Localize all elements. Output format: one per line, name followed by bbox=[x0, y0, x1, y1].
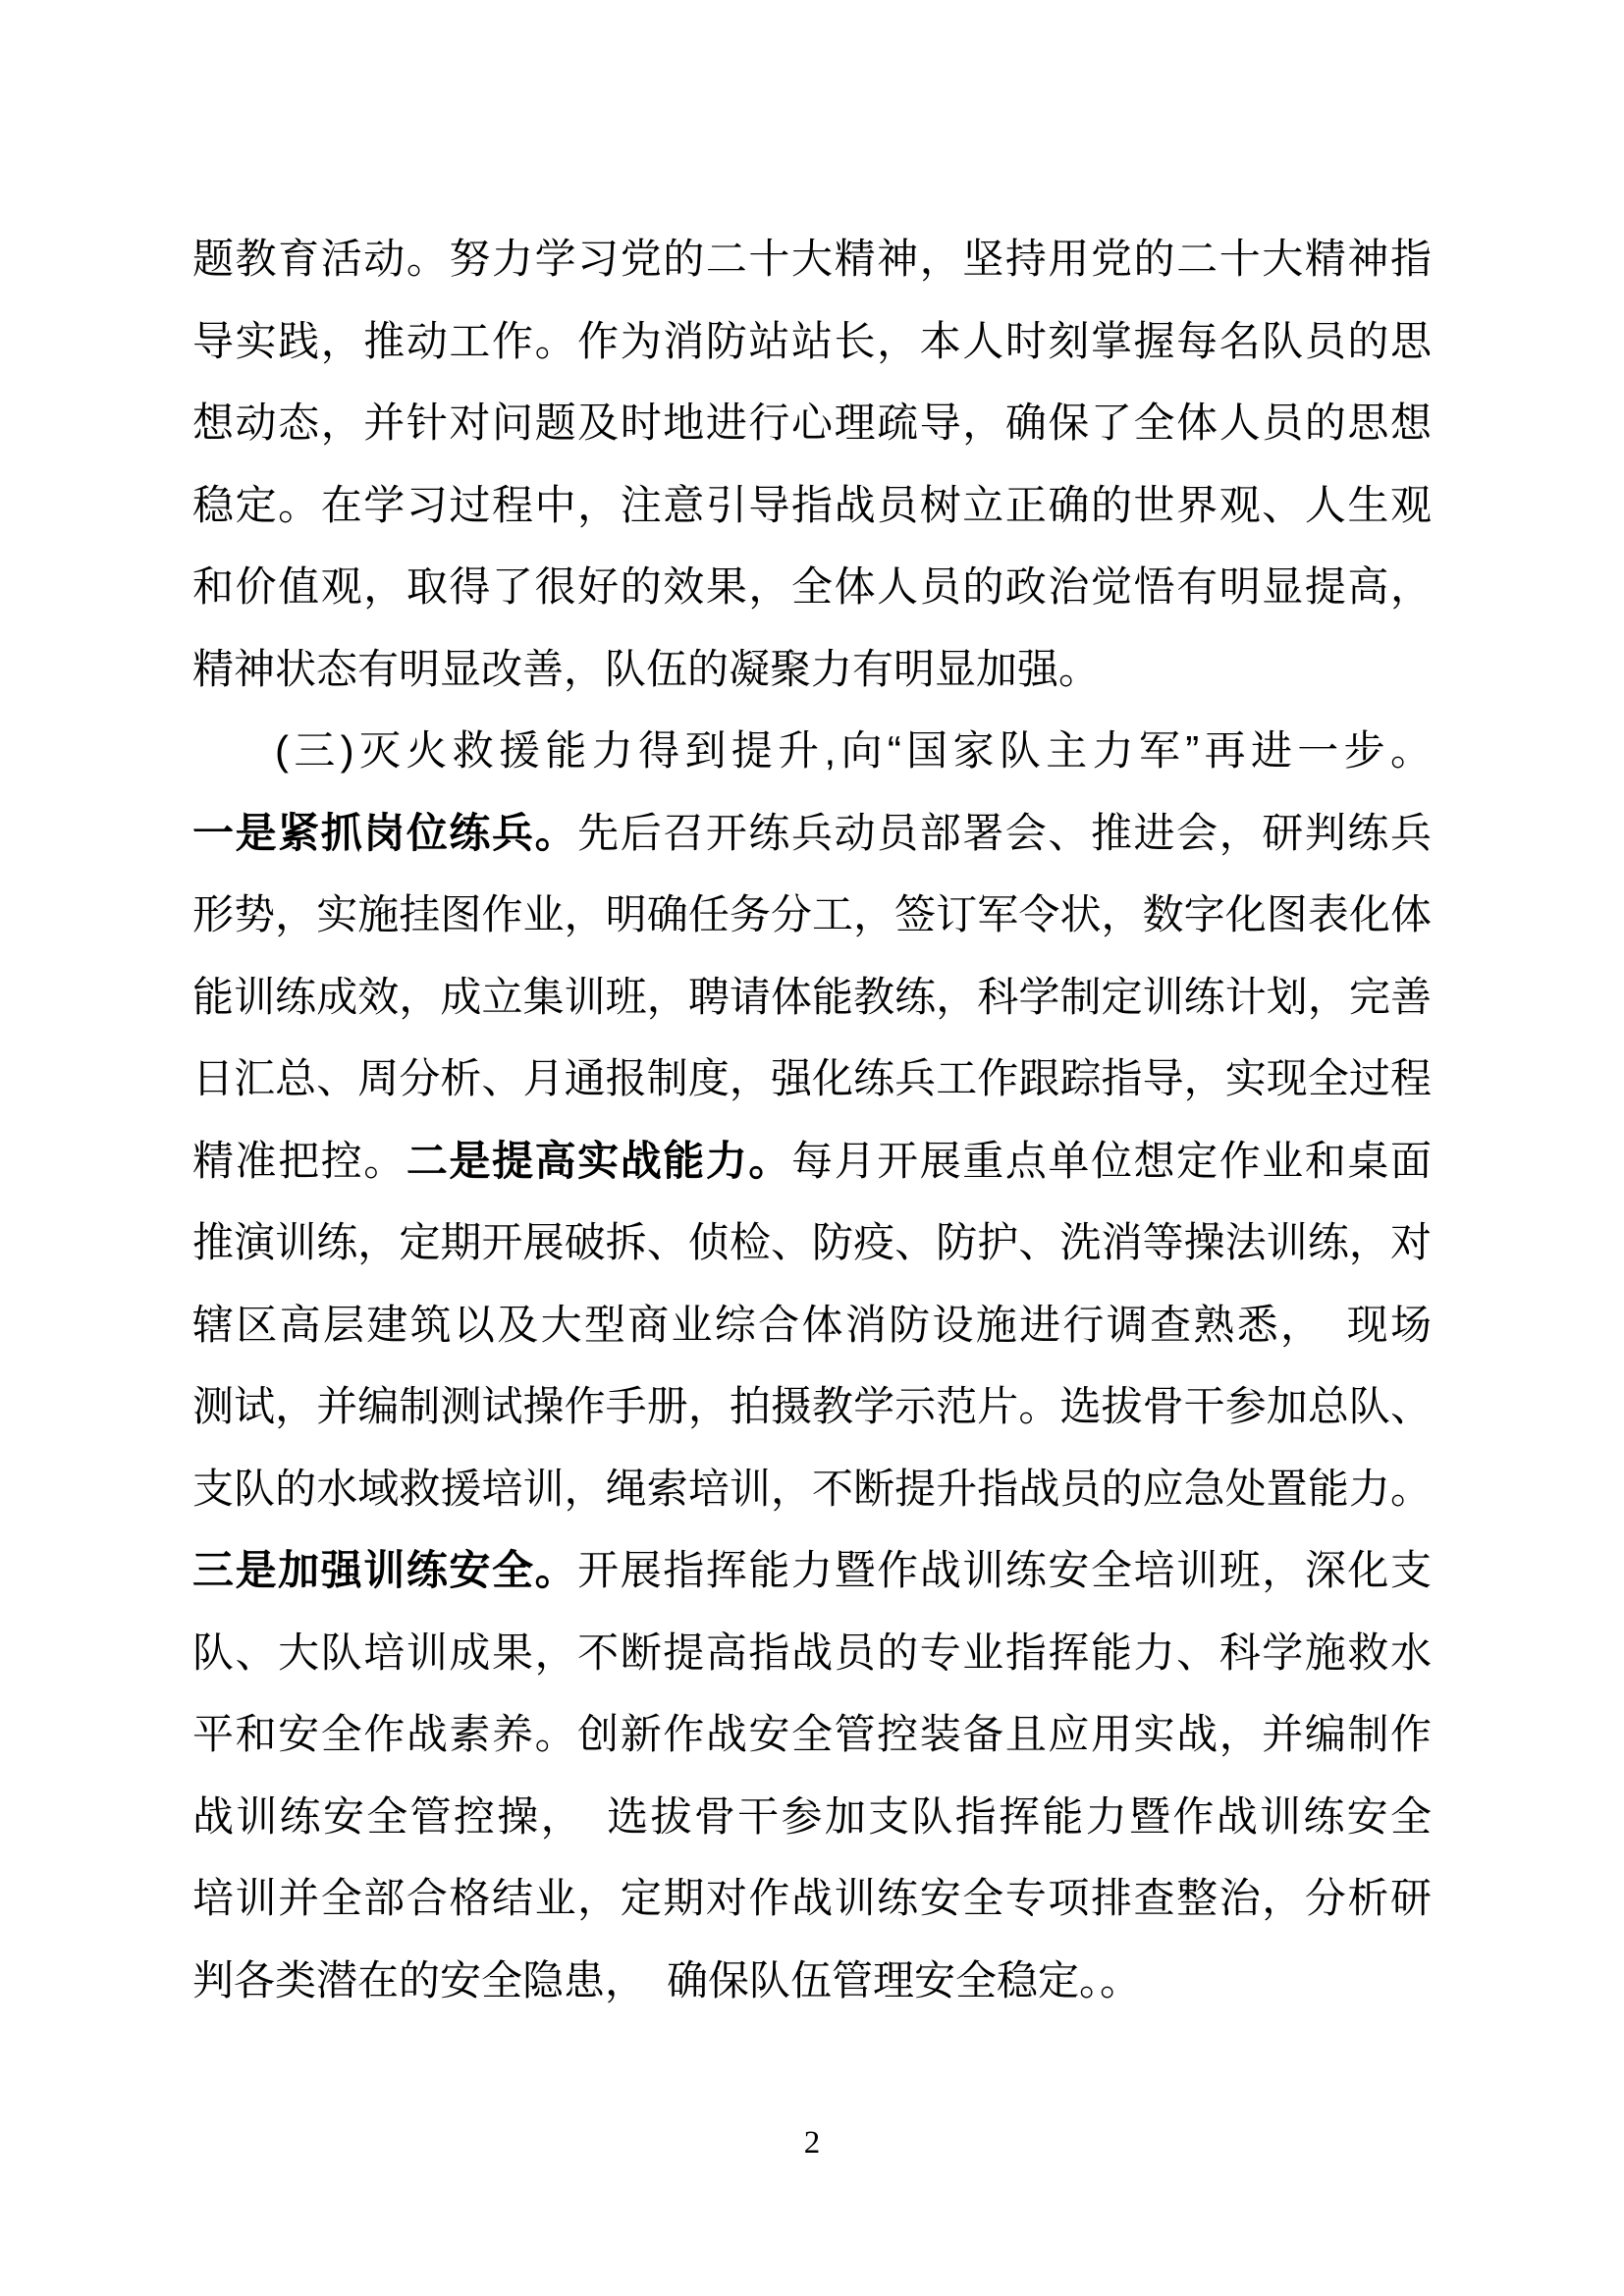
text-line: 培训并全部合格结业，定期对作战训练安全专项排查整治，分析研 bbox=[192, 1857, 1432, 1940]
text-line: 精准把控。二是提高实战能力。每月开展重点单位想定作业和桌面 bbox=[192, 1120, 1432, 1202]
text-run: 先后召开练兵动员部署会、推进会，研判练兵 bbox=[577, 810, 1432, 856]
text-run: 精神状态有明显改善，队伍的凝聚力有明显加强。 bbox=[192, 646, 1100, 692]
text-run: 和价值观，取得了很好的效果，全体人员的政治觉悟有明显提高， bbox=[192, 563, 1432, 610]
text-run: 战训练安全管控操， 选拔骨干参加支队指挥能力暨作战训练安全 bbox=[192, 1793, 1432, 1840]
text-run: 测试，并编制测试操作手册，拍摄教学示范片。选拔骨干参加总队、 bbox=[192, 1383, 1432, 1429]
text-line: 测试，并编制测试操作手册，拍摄教学示范片。选拔骨干参加总队、 bbox=[192, 1365, 1432, 1448]
text-line: (三)灭火救援能力得到提升,向“国家队主力军”再进一步。 bbox=[192, 710, 1432, 792]
text-line: 战训练安全管控操， 选拔骨干参加支队指挥能力暨作战训练安全 bbox=[192, 1776, 1432, 1858]
text-run: 队、大队培训成果，不断提高指战员的专业指挥能力、科学施救水 bbox=[192, 1629, 1432, 1676]
text-run: 推演训练，定期开展破拆、侦检、防疫、防护、洗消等操法训练，对 bbox=[192, 1219, 1432, 1265]
document-page: 题教育活动。努力学习党的二十大精神，坚持用党的二十大精神指导实践，推动工作。作为… bbox=[0, 0, 1624, 2296]
text-line: 形势，实施挂图作业，明确任务分工，签订军令状，数字化图表化体 bbox=[192, 874, 1432, 956]
text-run: 判各类潜在的安全隐患， 确保队伍管理安全稳定。。 bbox=[192, 1957, 1141, 2003]
page-number: 2 bbox=[0, 2123, 1624, 2163]
text-run: 平和安全作战素养。创新作战安全管控装备且应用实战，并编制作 bbox=[192, 1711, 1432, 1757]
text-run: 开展指挥能力暨作战训练安全培训班，深化支 bbox=[577, 1547, 1432, 1593]
text-line: 能训练成效，成立集训班，聘请体能教练，科学制定训练计划，完善 bbox=[192, 956, 1432, 1039]
text-run: 形势，实施挂图作业，明确任务分工，签订军令状，数字化图表化体 bbox=[192, 891, 1432, 937]
text-run: 导实践，推动工作。作为消防站站长，本人时刻掌握每名队员的思 bbox=[192, 318, 1432, 364]
text-line: 判各类潜在的安全隐患， 确保队伍管理安全稳定。。 bbox=[192, 1940, 1432, 2022]
text-line: 和价值观，取得了很好的效果，全体人员的政治觉悟有明显提高， bbox=[192, 546, 1432, 628]
text-run: 精准把控。 bbox=[192, 1138, 406, 1184]
text-run: (三)灭火救援能力得到提升,向“国家队主力军”再进一步。 bbox=[275, 727, 1432, 774]
text-run: 培训并全部合格结业，定期对作战训练安全专项排查整治，分析研 bbox=[192, 1875, 1432, 1921]
text-line: 精神状态有明显改善，队伍的凝聚力有明显加强。 bbox=[192, 628, 1432, 711]
text-line: 日汇总、周分析、月通报制度，强化练兵工作跟踪指导，实现全过程 bbox=[192, 1038, 1432, 1120]
text-block: 题教育活动。努力学习党的二十大精神，坚持用党的二十大精神指导实践，推动工作。作为… bbox=[192, 218, 1432, 2021]
text-line: 辖区高层建筑以及大型商业综合体消防设施进行调查熟悉， 现场 bbox=[192, 1284, 1432, 1366]
bold-emphasis: 三是加强训练安全。 bbox=[192, 1547, 577, 1593]
text-run: 日汇总、周分析、月通报制度，强化练兵工作跟踪指导，实现全过程 bbox=[192, 1055, 1432, 1101]
text-line: 推演训练，定期开展破拆、侦检、防疫、防护、洗消等操法训练，对 bbox=[192, 1201, 1432, 1284]
text-line: 平和安全作战素养。创新作战安全管控装备且应用实战，并编制作 bbox=[192, 1693, 1432, 1776]
text-line: 支队的水域救援培训，绳索培训，不断提升指战员的应急处置能力。 bbox=[192, 1448, 1432, 1530]
text-line: 队、大队培训成果，不断提高指战员的专业指挥能力、科学施救水 bbox=[192, 1612, 1432, 1694]
text-line: 三是加强训练安全。开展指挥能力暨作战训练安全培训班，深化支 bbox=[192, 1529, 1432, 1612]
bold-emphasis: 二是提高实战能力。 bbox=[406, 1138, 791, 1184]
text-run: 能训练成效，成立集训班，聘请体能教练，科学制定训练计划，完善 bbox=[192, 974, 1432, 1020]
text-run: 支队的水域救援培训，绳索培训，不断提升指战员的应急处置能力。 bbox=[192, 1466, 1432, 1512]
text-line: 一是紧抓岗位练兵。先后召开练兵动员部署会、推进会，研判练兵 bbox=[192, 792, 1432, 875]
text-run: 题教育活动。努力学习党的二十大精神，坚持用党的二十大精神指 bbox=[192, 236, 1432, 282]
text-run: 稳定。在学习过程中，注意引导指战员树立正确的世界观、人生观 bbox=[192, 482, 1432, 528]
text-run: 辖区高层建筑以及大型商业综合体消防设施进行调查熟悉， 现场 bbox=[192, 1302, 1432, 1348]
bold-emphasis: 一是紧抓岗位练兵。 bbox=[192, 810, 577, 856]
text-run: 每月开展重点单位想定作业和桌面 bbox=[791, 1138, 1432, 1184]
text-line: 稳定。在学习过程中，注意引导指战员树立正确的世界观、人生观 bbox=[192, 464, 1432, 547]
text-line: 想动态，并针对问题及时地进行心理疏导，确保了全体人员的思想 bbox=[192, 382, 1432, 464]
text-run: 想动态，并针对问题及时地进行心理疏导，确保了全体人员的思想 bbox=[192, 400, 1432, 446]
text-line: 题教育活动。努力学习党的二十大精神，坚持用党的二十大精神指 bbox=[192, 218, 1432, 300]
text-line: 导实践，推动工作。作为消防站站长，本人时刻掌握每名队员的思 bbox=[192, 300, 1432, 383]
